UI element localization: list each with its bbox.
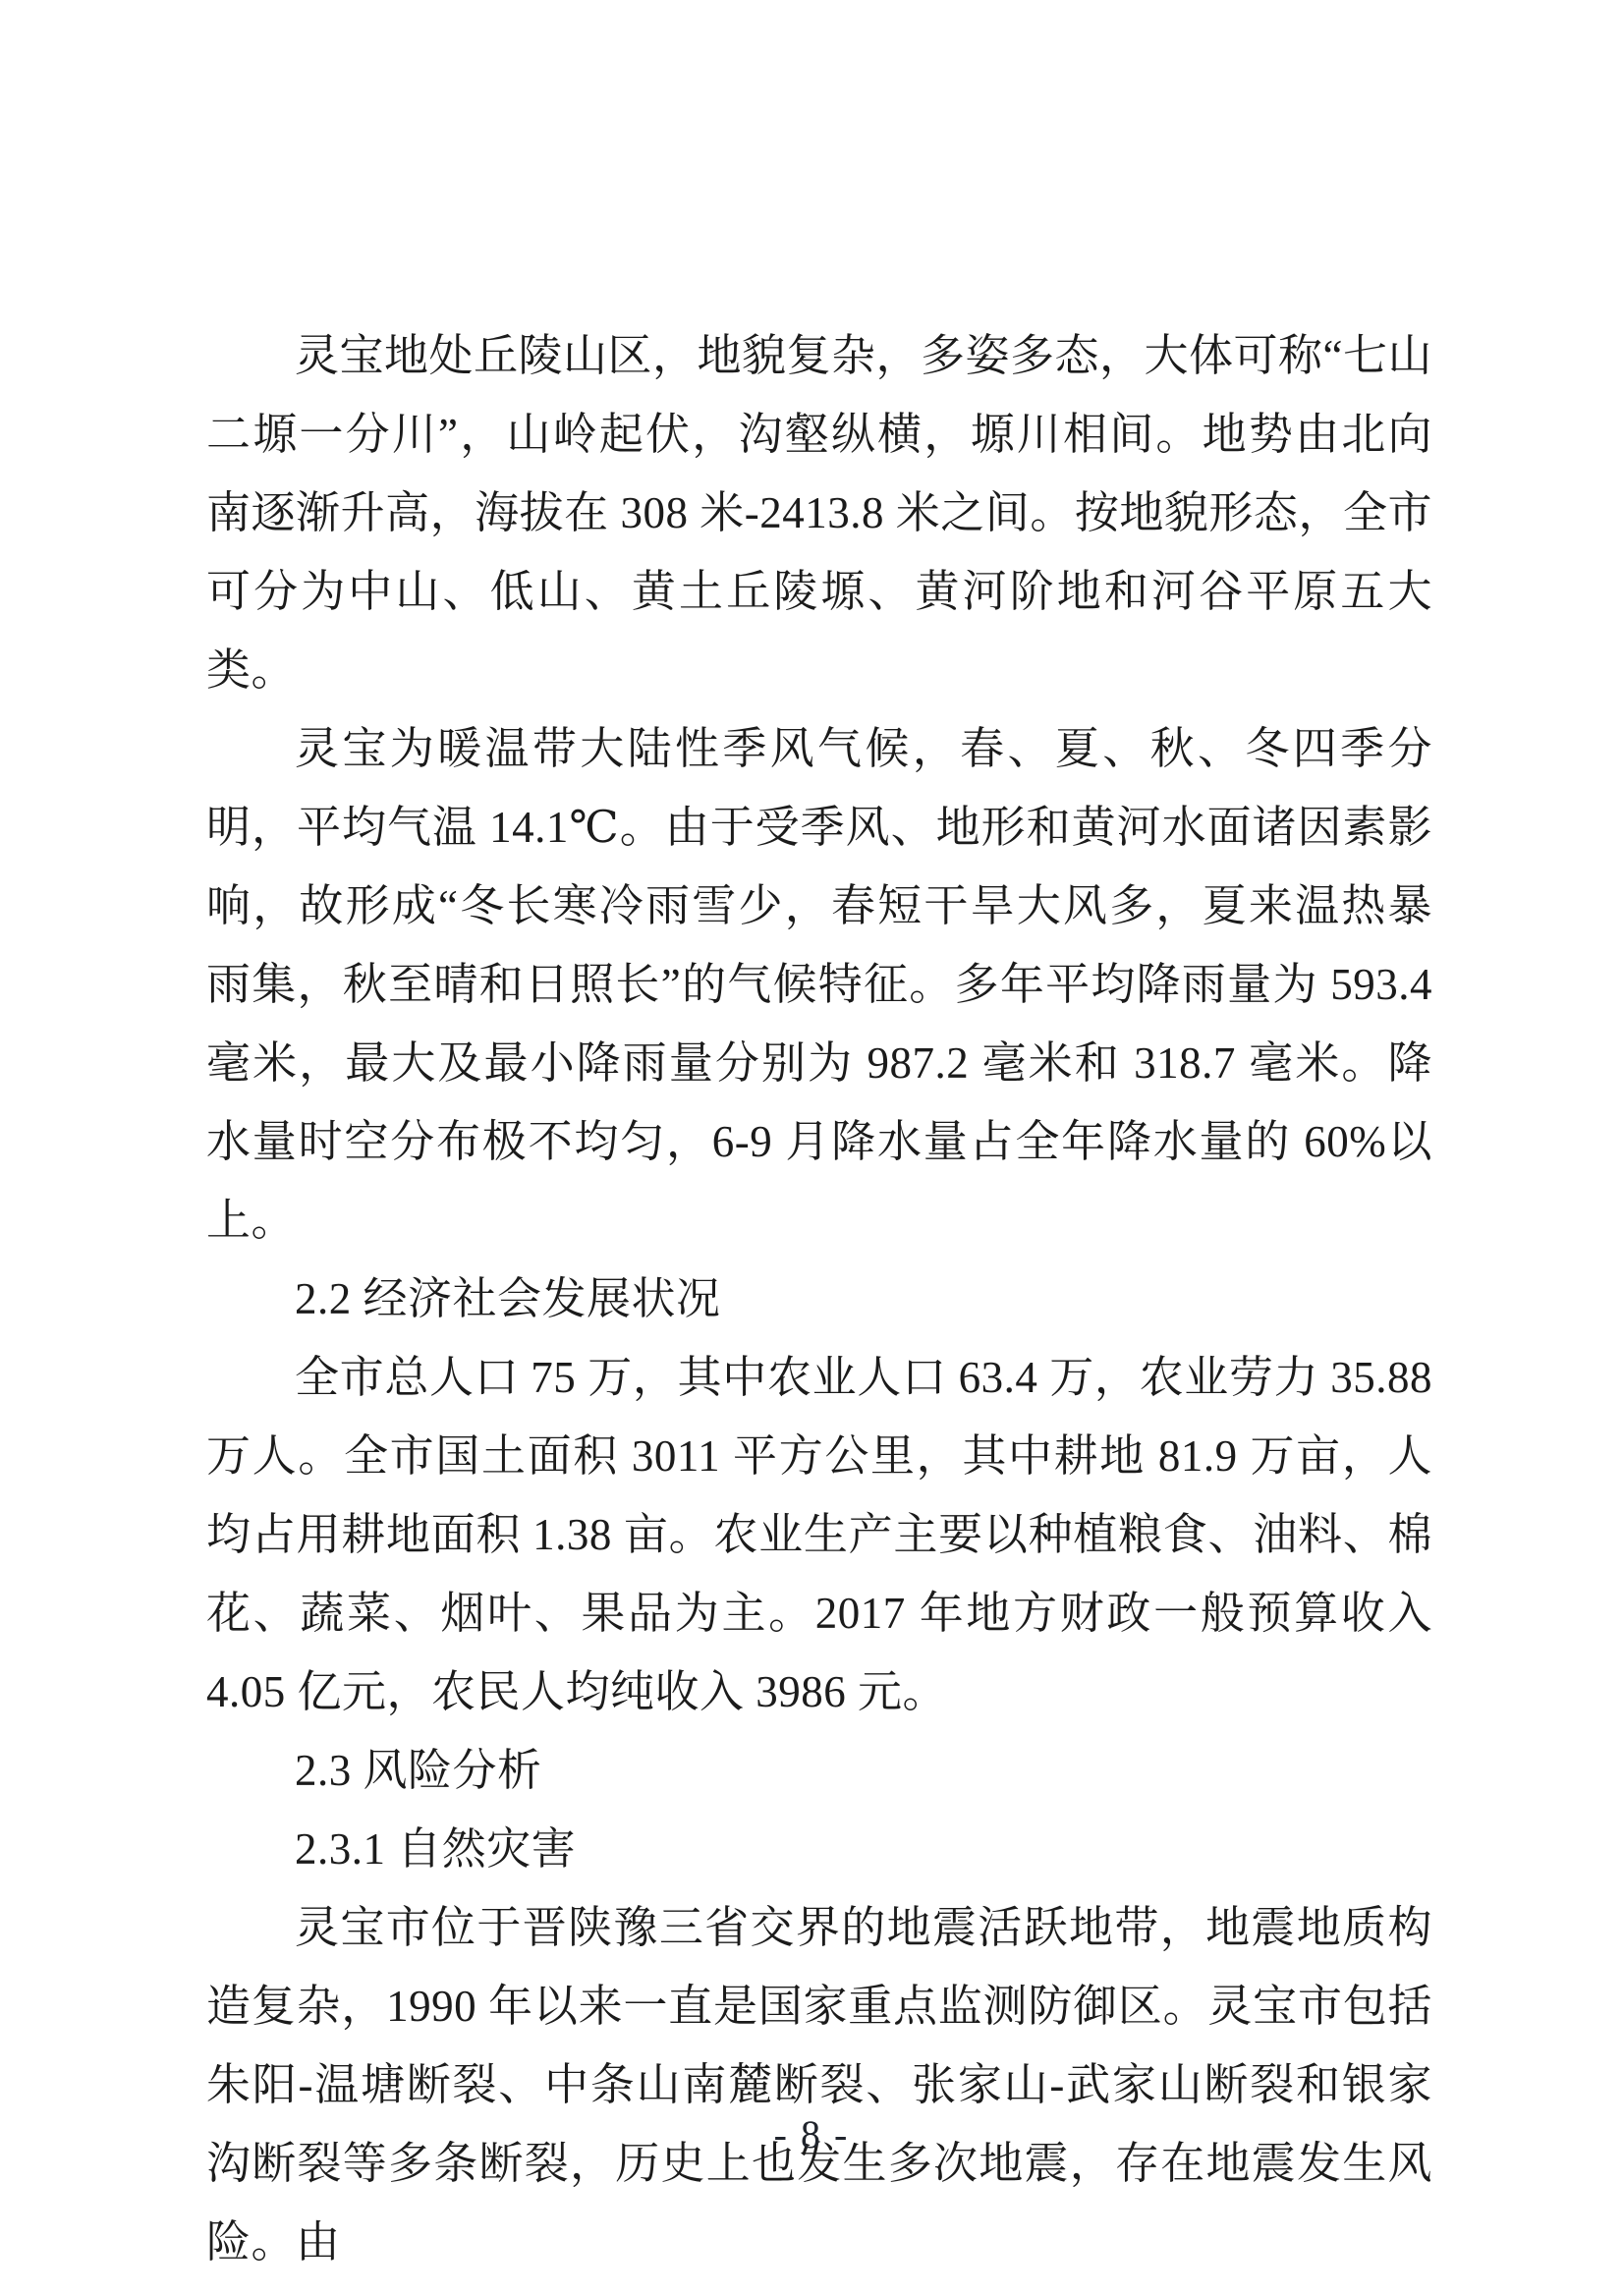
section-heading-2-3: 2.3 风险分析: [206, 1731, 1432, 1810]
paragraph-geography: 灵宝地处丘陵山区，地貌复杂，多姿多态，大体可称“七山二塬一分川”，山岭起伏，沟壑…: [206, 316, 1432, 709]
page-number: - 8 -: [0, 2102, 1623, 2167]
document-page: 灵宝地处丘陵山区，地貌复杂，多姿多态，大体可称“七山二塬一分川”，山岭起伏，沟壑…: [0, 0, 1623, 2296]
document-body: 灵宝地处丘陵山区，地貌复杂，多姿多态，大体可称“七山二塬一分川”，山岭起伏，沟壑…: [206, 316, 1432, 2281]
paragraph-climate: 灵宝为暖温带大陆性季风气候，春、夏、秋、冬四季分明，平均气温 14.1℃。由于受…: [206, 709, 1432, 1260]
paragraph-economy: 全市总人口 75 万，其中农业人口 63.4 万，农业劳力 35.88 万人。全…: [206, 1338, 1432, 1731]
section-heading-2-2: 2.2 经济社会发展状况: [206, 1260, 1432, 1338]
paragraph-earthquake-risk: 灵宝市位于晋陕豫三省交界的地震活跃地带，地震地质构造复杂，1990 年以来一直是…: [206, 1888, 1432, 2281]
section-heading-2-3-1: 2.3.1 自然灾害: [206, 1810, 1432, 1888]
